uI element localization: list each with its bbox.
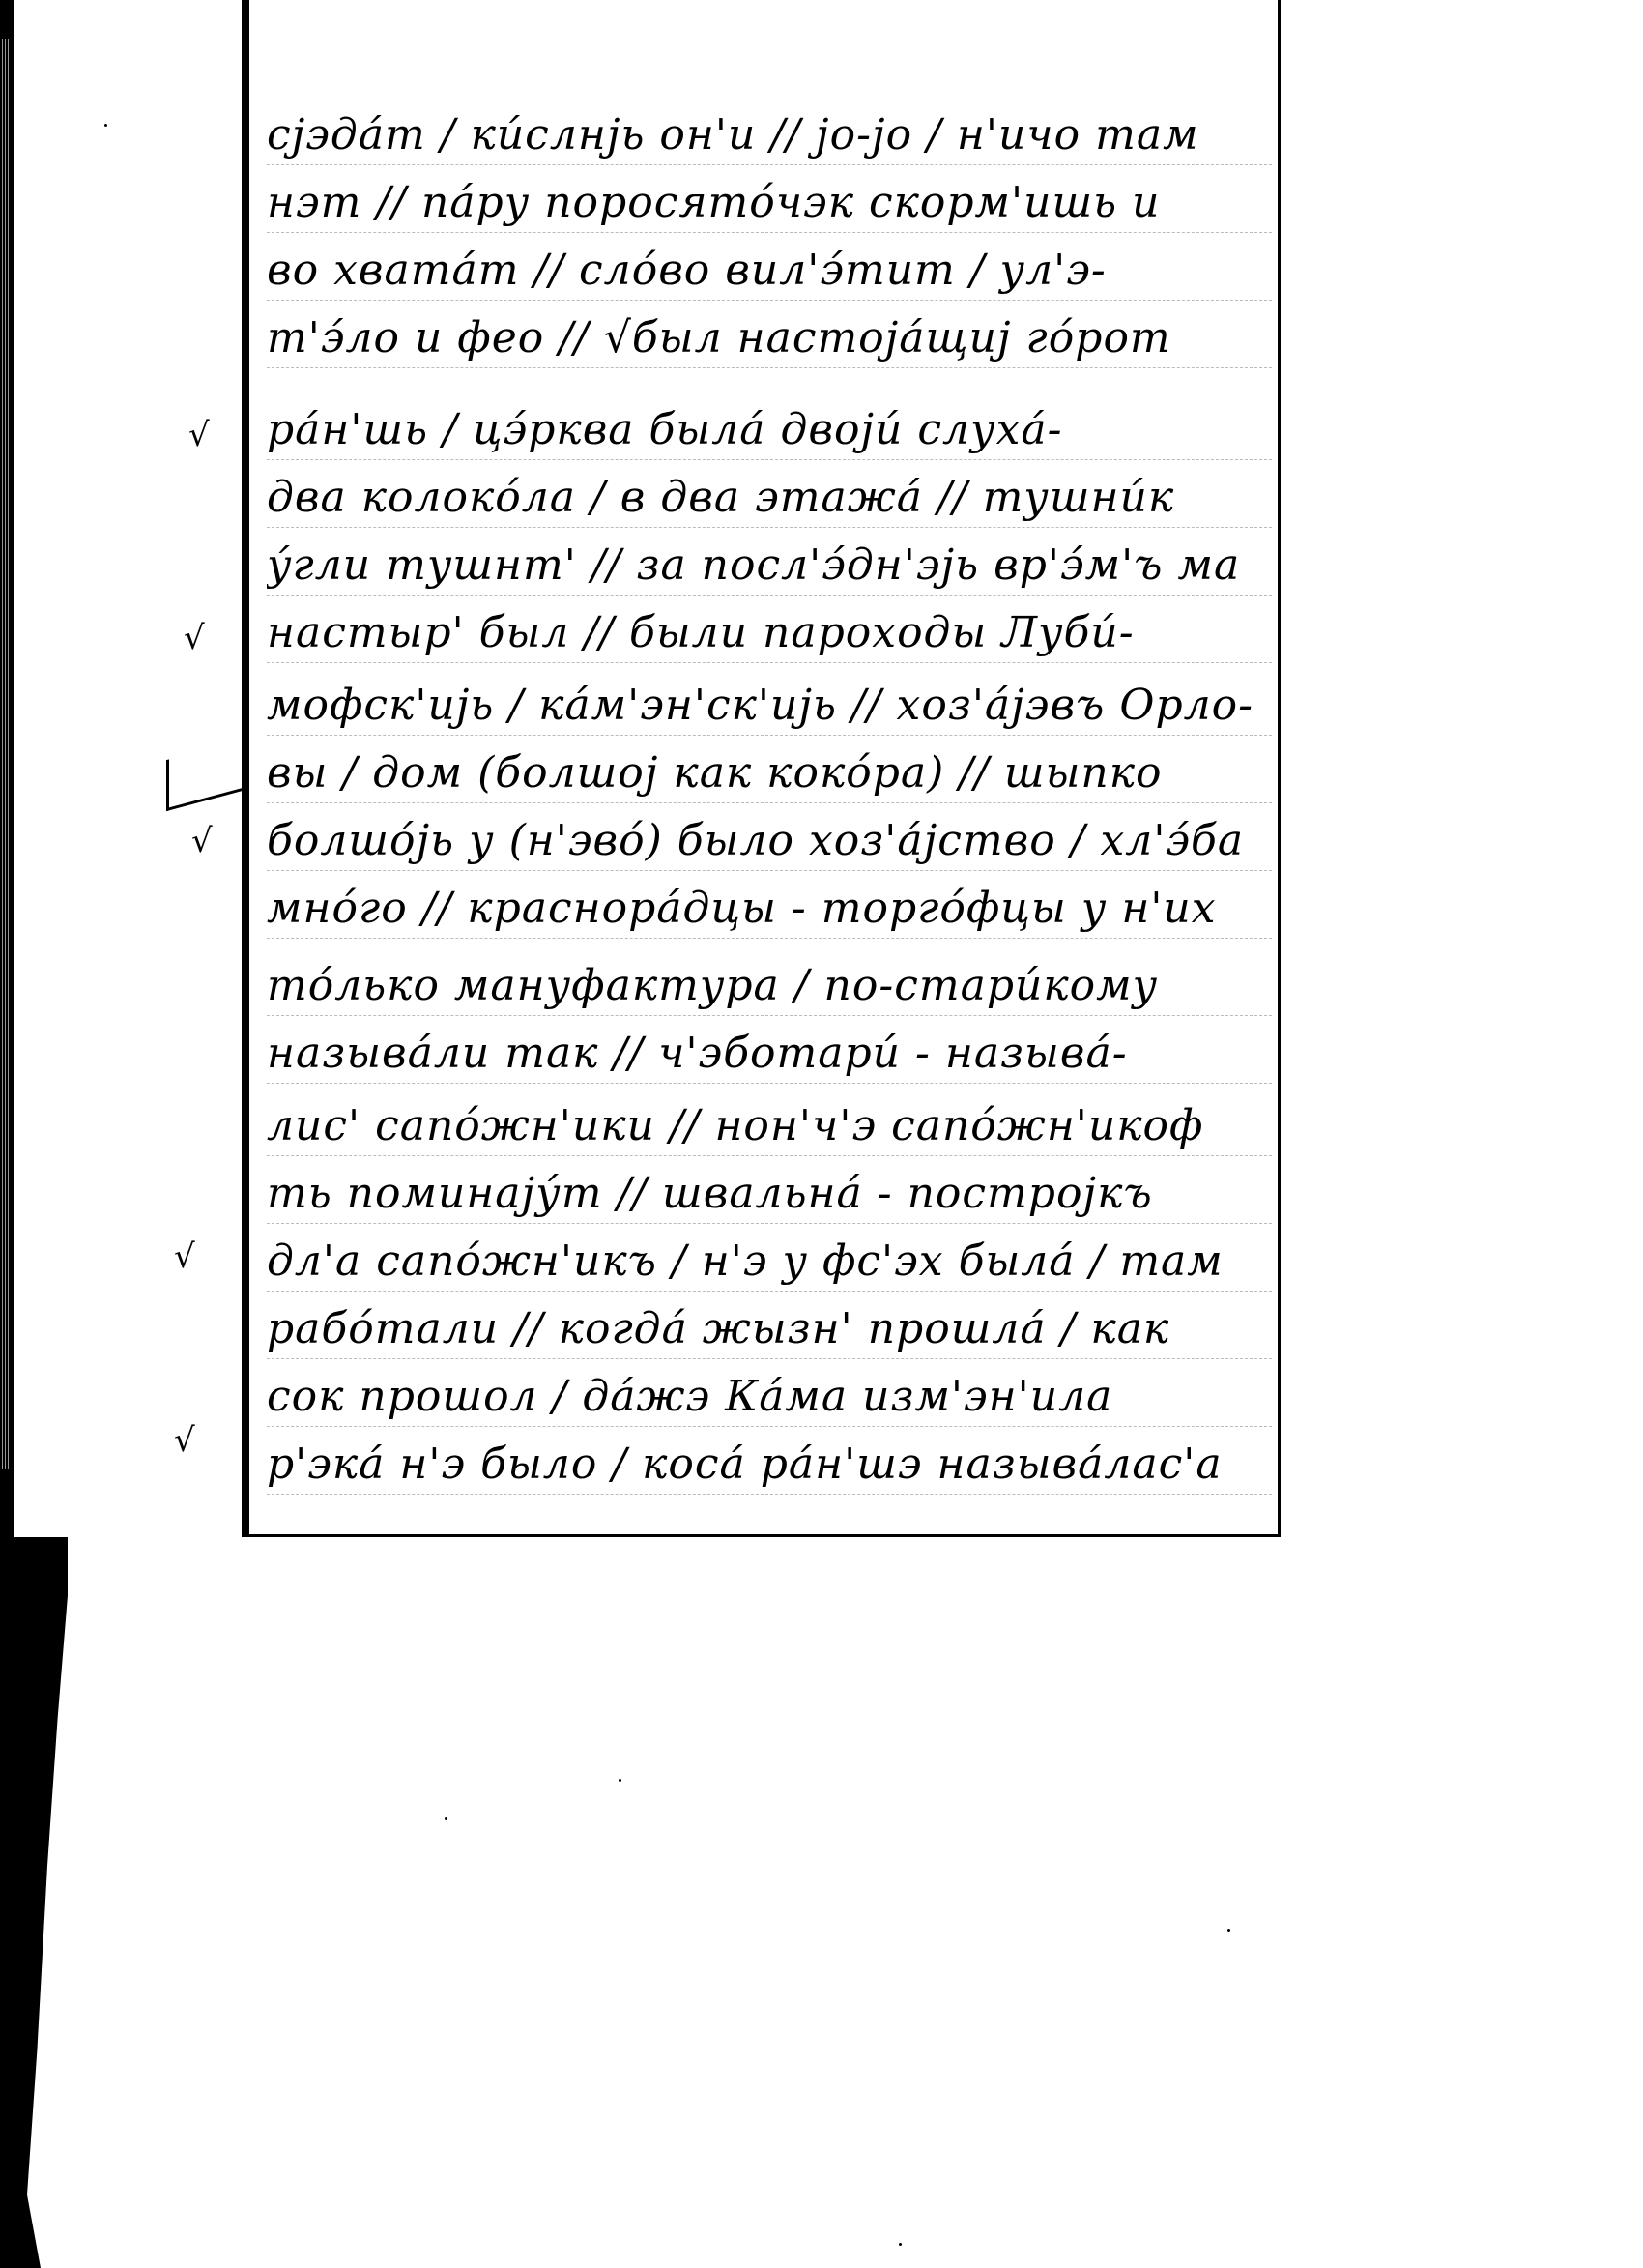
ink-speck	[619, 1779, 621, 1782]
text-line: мнóго // краснора́дцы - торгóфцы у н'их	[267, 880, 1272, 939]
text-line: болшо́јь у (н'эвó) было хоз'а́јство / хл…	[267, 812, 1272, 871]
text-line: т'э́ло и фео // √был настоја́щиј гóрот	[267, 309, 1272, 368]
text-line: дл'а сапóжн'икъ / н'э у фс'эх была́ / та…	[267, 1233, 1272, 1292]
text-line: ра́н'шь / цэ́рква была́ двоји́ слуха́-	[267, 401, 1272, 460]
binding-shadow	[0, 0, 14, 1537]
checkmark-icon: √	[188, 416, 210, 454]
text-line: рабóтали // когдá жызн' прошла́ / как	[267, 1300, 1272, 1359]
text-line: ть поминају́т // швальна́ - постројкъ	[267, 1165, 1272, 1224]
checkmark-icon: √	[174, 1421, 195, 1460]
text-line: два колокóла / в два этажа́ // тушни́к	[267, 469, 1272, 528]
binding-shadow-lower	[0, 1537, 68, 2268]
checkmark-icon: √	[184, 619, 205, 657]
bracket-mark-icon	[166, 739, 246, 811]
text-line: сок прошол / да́жэ Ка́ма изм'эн'ила	[267, 1368, 1272, 1427]
checkmark-icon: √	[191, 822, 213, 860]
ink-speck	[1227, 1929, 1230, 1932]
ink-speck	[899, 2243, 902, 2246]
text-line: называ́ли так // ч'эботари́ - называ́-	[267, 1025, 1272, 1084]
text-line: настыр' был // были пароходы Луби́-	[267, 604, 1272, 663]
text-line: нэт // па́ру поросятóчэк скорм'ишь и	[267, 174, 1272, 233]
notebook-page: сјэда́т / ки́слнјь он'и // јо-јо / н'ичо…	[242, 0, 1281, 1537]
text-line: мофск'ијь / ка́м'эн'ск'ијь // хоз'а́јэвъ…	[267, 677, 1272, 736]
text-line: лис' сапóжн'ики // нон'ч'э сапóжн'икоф	[267, 1097, 1272, 1156]
text-line: у́гли тушнт' // за посл'э́дн'эјь вр'э́м'…	[267, 537, 1272, 596]
ink-speck	[445, 1817, 447, 1820]
ink-speck	[104, 124, 107, 127]
text-line: р'эка́ н'э было / коса́ ра́н'шэ называ́л…	[267, 1436, 1272, 1495]
text-line: вы / дом (болшој как кокóра) // шыпко	[267, 744, 1272, 803]
checkmark-icon: √	[174, 1237, 195, 1276]
text-line: сјэда́т / ки́слнјь он'и // јо-јо / н'ичо…	[267, 106, 1272, 165]
text-line: то́лько мануфактура / по-стари́кому	[267, 957, 1272, 1016]
text-line: во хвата́т // слóво вил'э́тит / ул'э-	[267, 242, 1272, 301]
